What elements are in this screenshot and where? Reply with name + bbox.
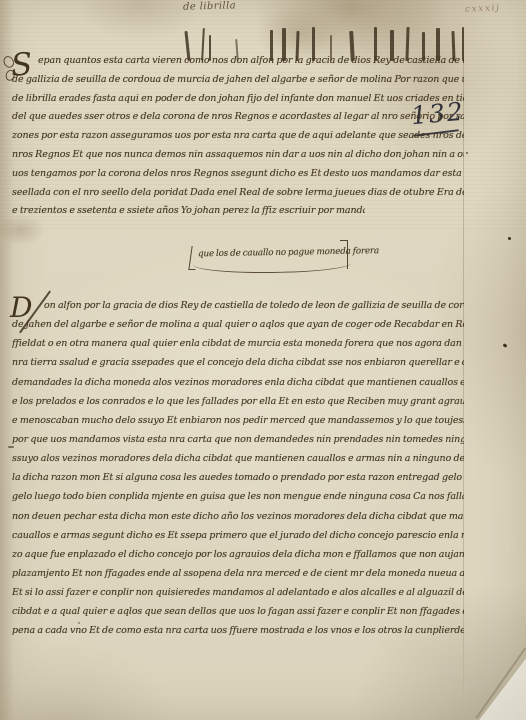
manuscript-line: cauallos e armas segunt dicho es Et ssep…	[12, 526, 464, 545]
manuscript-line: la dicha razon mon Et si alguna cosa les…	[12, 468, 464, 487]
manuscript-line: demandades la dicha moneda alos vezinos …	[12, 373, 464, 392]
manuscript-line: cibdat e a qual quier e aqlos que sean d…	[12, 602, 464, 621]
manuscript-paragraph-2: on alfon por la gracia de dios Rey de ca…	[12, 296, 464, 641]
folio-roman-numeral: cxxxij	[465, 3, 501, 15]
manuscript-line: seellada con el nro seello dela poridat …	[12, 184, 464, 203]
manuscript-line: zones por esta razon asseguramos uos por…	[12, 127, 464, 146]
manuscript-line: uos tengamos por la corona delos nros Re…	[12, 165, 464, 184]
manuscript-line: e trezientos e ssetenta e ssiete años Yo…	[12, 202, 365, 221]
ink-speck-icon	[508, 237, 511, 240]
manuscript-line: e menoscaban mucho delo ssuyo Et enbiaro…	[12, 411, 464, 430]
manuscript-line: ffieldat o en otra manera qual quier enl…	[12, 334, 464, 353]
manuscript-line: zo aque fue enplazado el dicho concejo p…	[12, 545, 464, 564]
manuscript-line: non deuen pechar esta dicha mon este dic…	[12, 507, 464, 526]
manuscript-line: gelo luego todo bien conplida mjente en …	[12, 487, 464, 506]
manuscript-line: de jahen del algarbe e señor de molina a…	[12, 315, 464, 334]
corner-tear	[474, 650, 526, 720]
manuscript-line: por que uos mandamos vista esta nra cart…	[12, 430, 464, 449]
paragraph-2-initial: D	[10, 291, 32, 324]
manuscript-line: e los prelados e los conrados e lo que l…	[12, 392, 464, 411]
paragraph-1-initial: S	[10, 46, 34, 83]
manuscript-line: del que auedes sser otros e dela corona …	[12, 108, 464, 127]
manuscript-line: epan quantos esta carta vieren como nos …	[12, 52, 464, 71]
parchment-page: de librilla cxxxij 132 S epan quantos es…	[0, 0, 526, 720]
ink-speck-icon	[466, 152, 468, 154]
manuscript-line: on alfon por la gracia de dios Rey de ca…	[12, 296, 464, 315]
manuscript-line: de librilla erades fasta aqui en poder d…	[12, 90, 464, 109]
ink-speck-icon	[8, 446, 14, 448]
manuscript-paragraph-1: epan quantos esta carta vieren como nos …	[12, 52, 464, 221]
manuscript-line: de gallizia de seuilla de cordoua de mur…	[12, 71, 464, 90]
header-note: de librilla	[183, 0, 236, 12]
manuscript-line: plazamjento Et non ffagades ende al ssop…	[12, 564, 464, 583]
manuscript-line: pena a cada vno Et de como esta nra cart…	[12, 621, 464, 640]
ink-speck-icon	[78, 622, 80, 624]
manuscript-line: nros Regnos Et que nos nunca demos nin a…	[12, 146, 464, 165]
manuscript-line: Et si lo assi fazer e conplir non quisie…	[12, 583, 464, 602]
initial-letter: D	[10, 291, 32, 324]
manuscript-line: nra tierra ssalud e gracia ssepades que …	[12, 353, 464, 372]
ink-speck-icon	[503, 343, 508, 348]
manuscript-line: ssuyo alos vezinos moradores dela dicha …	[12, 449, 464, 468]
